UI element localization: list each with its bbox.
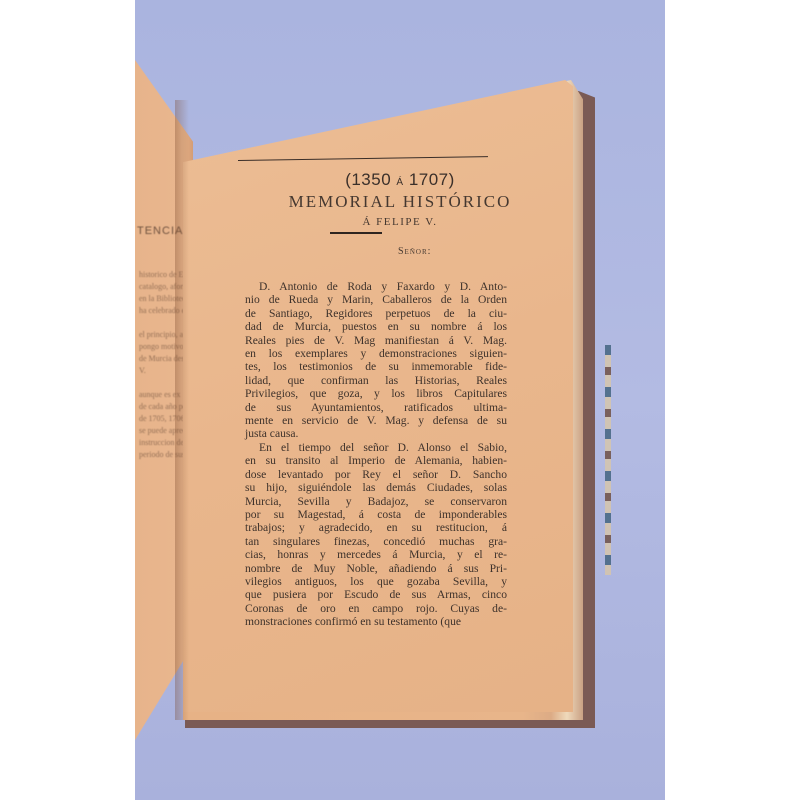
text-line: de sus Ayuntamientos, ratificados ultima… (245, 401, 507, 414)
page-title: MEMORIAL HISTÓRICO (0, 192, 800, 212)
date-range-heading: (1350 Á 1707) (0, 170, 800, 190)
text-line: En el tiempo del señor D. Alonso el Sabi… (245, 441, 507, 454)
text-line: justa causa. (245, 427, 507, 440)
text-line: D. Antonio de Roda y Faxardo y D. Anto- (245, 280, 507, 293)
date-end: 1707) (409, 170, 455, 189)
text-line: su hijo, siguiéndole las demás Ciudades,… (245, 481, 507, 494)
text-line: lidad, que confirman las Historias, Real… (245, 374, 507, 387)
body-text: D. Antonio de Roda y Faxardo y D. Anto-n… (245, 280, 507, 629)
salutation: Señor: (398, 246, 431, 257)
date-separator: Á (396, 177, 403, 188)
text-line: tes, los testimonios de su inmemorable f… (245, 360, 507, 373)
text-line: Coronas de oro en campo rojo. Cuyas de- (245, 602, 507, 615)
left-text-line: V. (139, 366, 146, 375)
text-line: monstraciones confirmó en su testamento … (245, 615, 507, 628)
text-line: que pusiera por Escudo de sus Armas, cin… (245, 588, 507, 601)
text-line: nio de Rueda y Marin, Caballeros de la O… (245, 293, 507, 306)
text-line: Murcia, Sevilla y Badajoz, se conservaro… (245, 495, 507, 508)
text-line: Reales pies de V. Mag manifiestan á V. M… (245, 334, 507, 347)
text-line: de Santiago, Regidores perpetuos de la c… (245, 307, 507, 320)
text-line: tan singulares finezas, concedió muchas … (245, 535, 507, 548)
short-rule (330, 232, 382, 234)
text-line: dad de Murcia, puestos en su nombre á lo… (245, 320, 507, 333)
text-line: trabajos; y agradecido, en su restitucio… (245, 521, 507, 534)
text-line: nombre de Muy Noble, añadiendo á sus Pri… (245, 562, 507, 575)
text-line: dose levantado por Rey el señor D. Sanch… (245, 468, 507, 481)
marbled-endpaper-edge (605, 345, 611, 575)
text-line: Privilegios, que goza, y los libros Capi… (245, 387, 507, 400)
text-line: cias, honras y mercedes á Murcia, y el r… (245, 548, 507, 561)
text-line: en los exemplares y demonstraciones sigu… (245, 347, 507, 360)
photo-canvas: TENCIA historico de Escatalogo, aforizad… (0, 0, 800, 800)
text-line: vilegios antiguos, los que gozaba Sevill… (245, 575, 507, 588)
text-line: mente en servicio de V. Mag. y defensa d… (245, 414, 507, 427)
date-start: (1350 (345, 170, 391, 189)
page-subtitle: Á FELIPE V. (0, 216, 800, 228)
text-line: en su transito al Imperio de Alemania, h… (245, 454, 507, 467)
text-line: por su Magestad, á costa de imponderable… (245, 508, 507, 521)
